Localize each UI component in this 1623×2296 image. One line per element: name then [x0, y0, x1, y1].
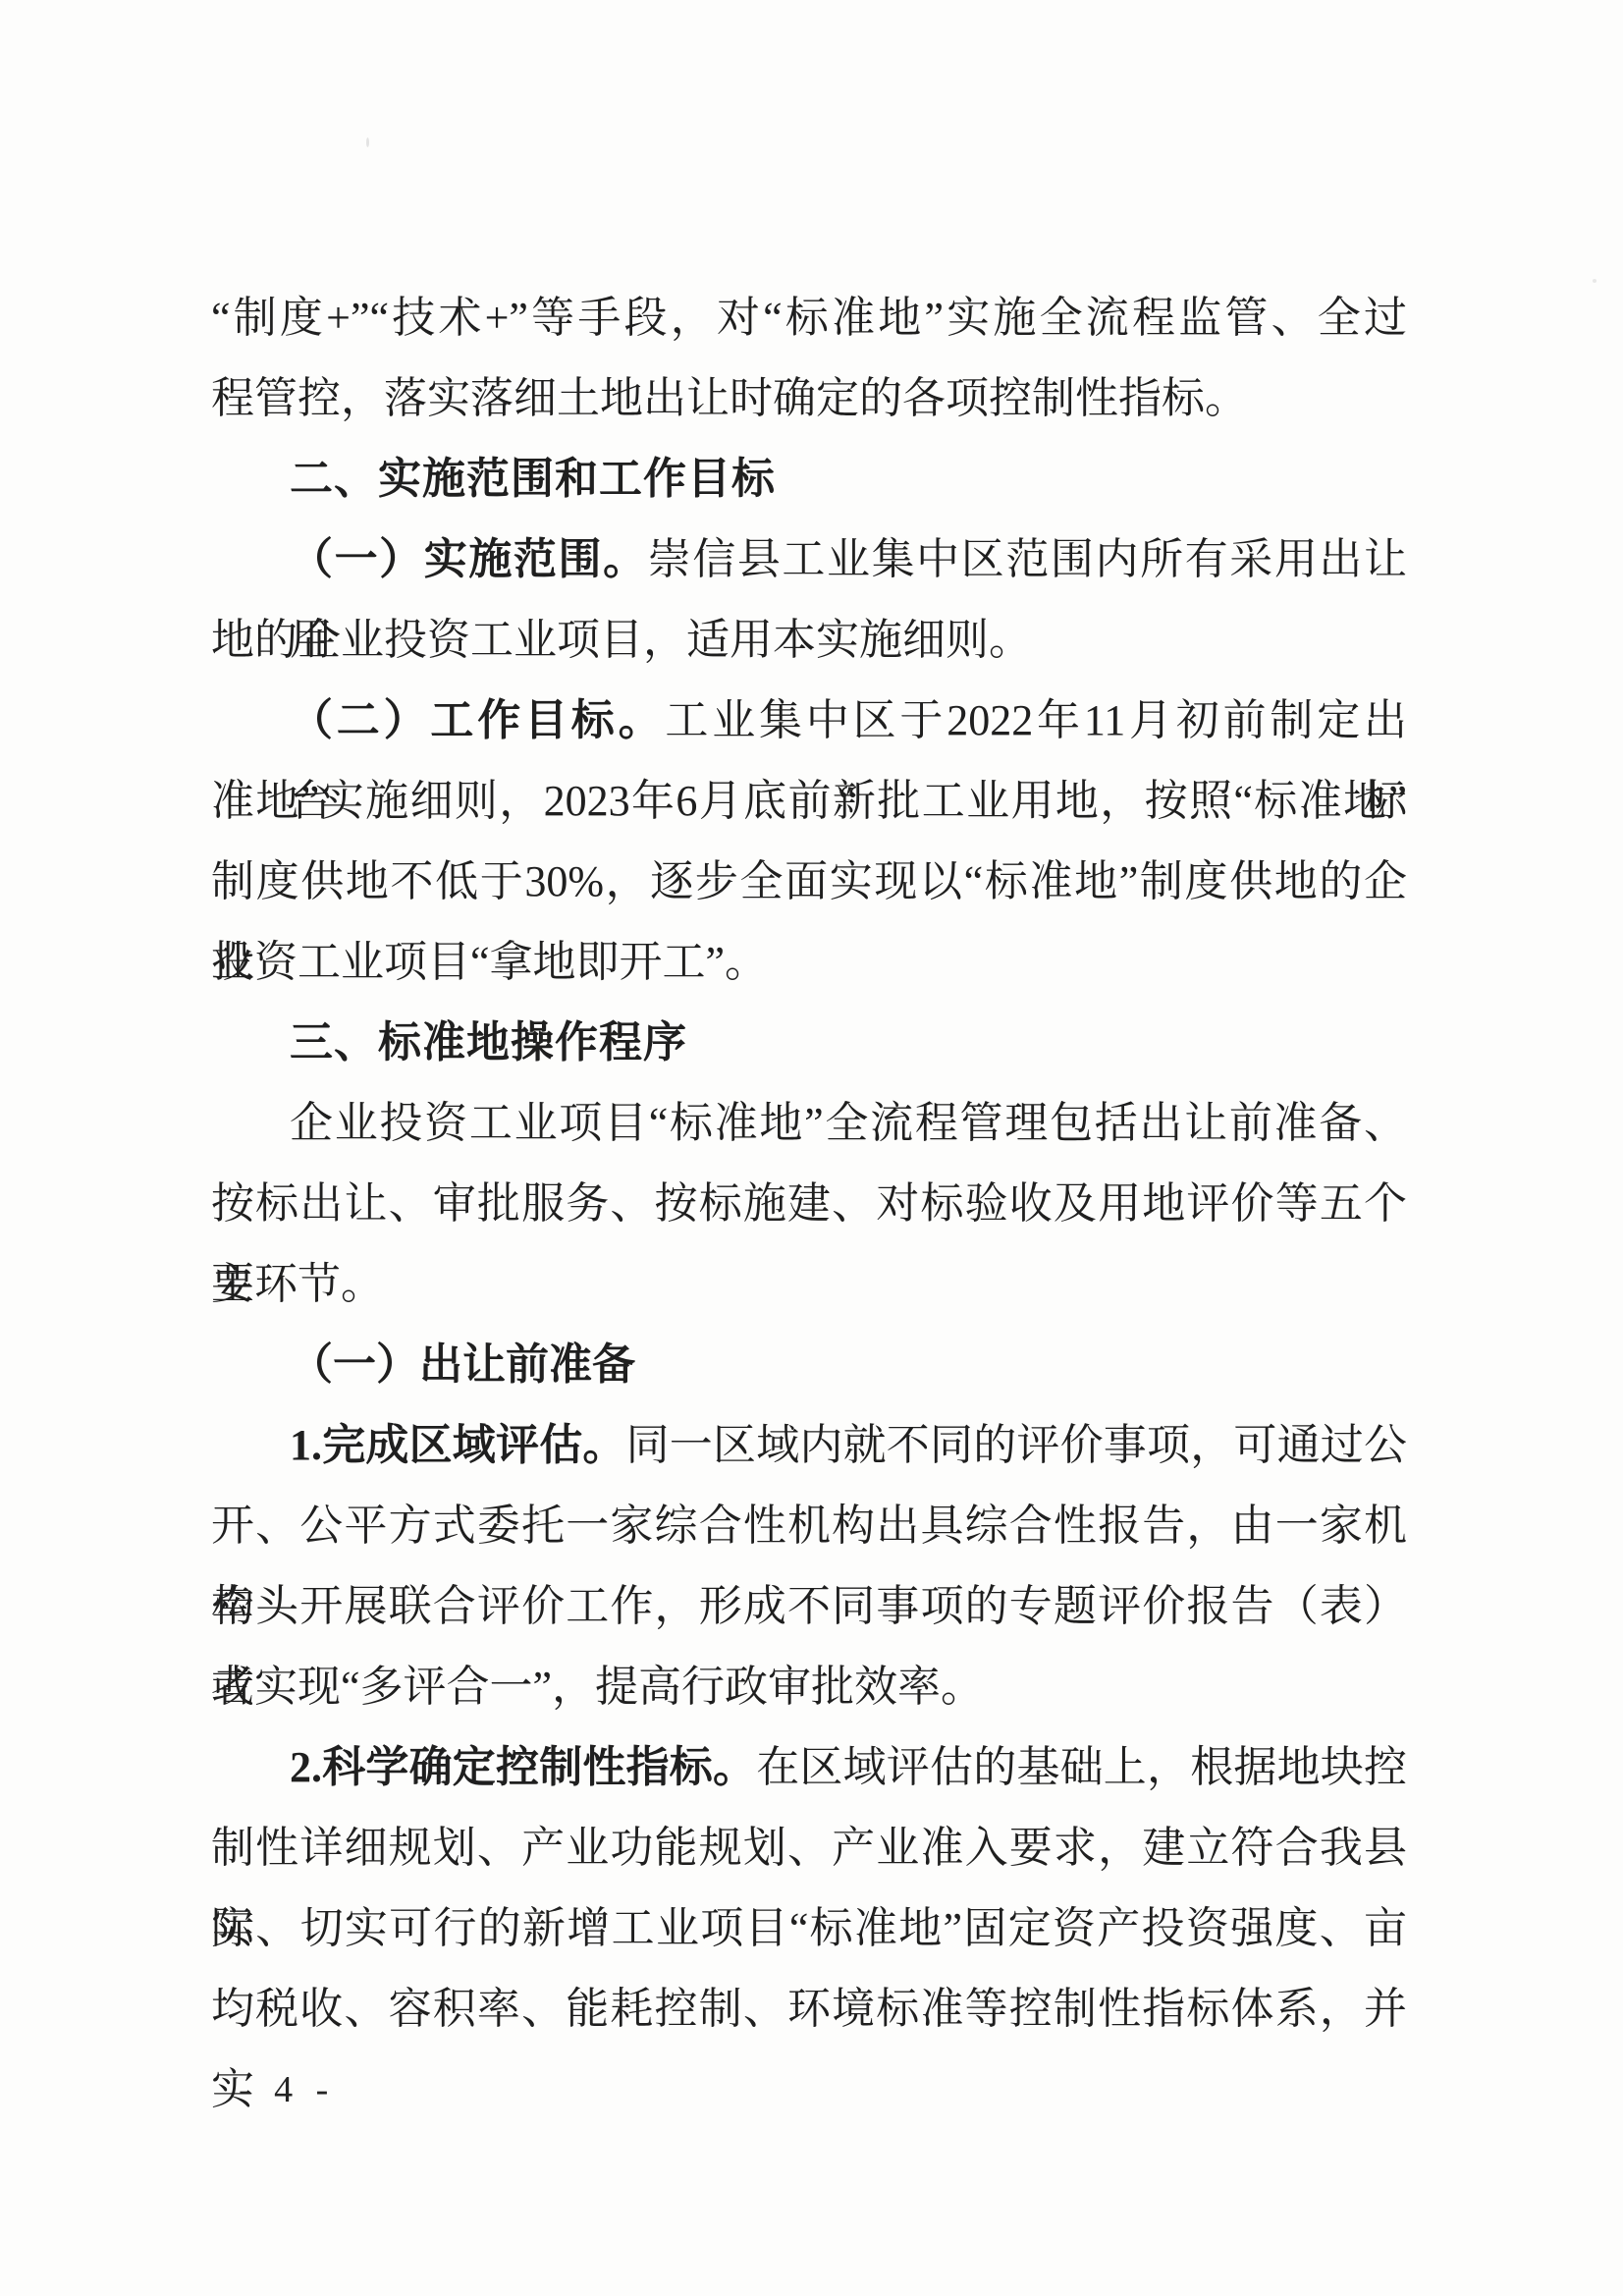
body-text: 均税收、容积率、能耗控制、环境标准等控制性指标体系，并实	[211, 1985, 1407, 2113]
text-line: （一）出让前准备	[211, 1325, 1407, 1405]
body-text: 同一区域内就不同的评价事项，可通过公	[626, 1421, 1407, 1469]
bold-lead-text: （二）工作目标。	[290, 696, 665, 744]
text-line: 要环节。	[211, 1244, 1407, 1325]
text-line: 制度供地不低于30%，逐步全面实现以“标准地”制度供地的企业	[211, 842, 1407, 922]
body-text: 企业投资工业项目“标准地”全流程管理包括出让前准备、	[290, 1099, 1407, 1147]
body-text: 投资工业项目“拿地即开工”。	[211, 938, 768, 986]
page-number: - 4 -	[239, 2063, 335, 2116]
bold-lead-text: 二、实施范围和工作目标	[290, 455, 776, 503]
text-line: 际、切实可行的新增工业项目“标准地”固定资产投资强度、亩	[211, 1888, 1407, 1969]
body-text: 在区域评估的基础上，根据地块控	[756, 1743, 1407, 1791]
body-text: 准地”实施细则，2023年6月底前新批工业用地，按照“标准地”	[211, 777, 1407, 825]
body-text: “制度+”“技术+”等手段，对“标准地”实施全流程监管、全过	[211, 294, 1407, 342]
text-line: “制度+”“技术+”等手段，对“标准地”实施全流程监管、全过	[211, 278, 1407, 358]
text-line: 企业投资工业项目“标准地”全流程管理包括出让前准备、	[211, 1083, 1407, 1164]
bold-lead-text: 三、标准地操作程序	[290, 1018, 687, 1066]
text-line: 地的企业投资工业项目，适用本实施细则。	[211, 600, 1407, 681]
bold-lead-text: （一）实施范围。	[290, 535, 648, 583]
body-text: 要环节。	[211, 1260, 384, 1308]
text-line: 2.科学确定控制性指标。在区域评估的基础上，根据地块控	[211, 1727, 1407, 1808]
body-text: 际、切实可行的新增工业项目“标准地”固定资产投资强度、亩	[211, 1904, 1407, 1952]
body-text: 者实现“多评合一”，提高行政审批效率。	[211, 1663, 984, 1711]
text-line: 按标出让、审批服务、按标施建、对标验收及用地评价等五个主	[211, 1164, 1407, 1244]
section-heading: 三、标准地操作程序	[211, 1003, 1407, 1083]
text-line: （一）实施范围。崇信县工业集中区范围内所有采用出让用	[211, 519, 1407, 600]
text-line: 牵头开展联合评价工作，形成不同事项的专题评价报告（表）或	[211, 1566, 1407, 1647]
text-line: 1.完成区域评估。同一区域内就不同的评价事项，可通过公	[211, 1405, 1407, 1486]
text-line: 投资工业项目“拿地即开工”。	[211, 922, 1407, 1003]
bold-lead-text: （一）出让前准备	[290, 1340, 635, 1389]
text-line: 者实现“多评合一”，提高行政审批效率。	[211, 1647, 1407, 1727]
text-line: 均税收、容积率、能耗控制、环境标准等控制性指标体系，并实	[211, 1969, 1407, 2050]
body-text: 程管控，落实落细土地出让时确定的各项控制性指标。	[211, 374, 1248, 422]
scan-speck	[366, 137, 369, 147]
body-text: 地的企业投资工业项目，适用本实施细则。	[211, 616, 1032, 664]
text-line: 准地”实施细则，2023年6月底前新批工业用地，按照“标准地”	[211, 761, 1407, 842]
bold-lead-text: 2.科学确定控制性指标。	[290, 1743, 756, 1791]
section-heading: 二、实施范围和工作目标	[211, 439, 1407, 519]
text-line: 开、公平方式委托一家综合性机构出具综合性报告，由一家机构	[211, 1486, 1407, 1566]
text-line: （二）工作目标。工业集中区于2022年11月初前制定出台“标	[211, 681, 1407, 761]
scan-speck	[1593, 279, 1596, 283]
document-page: “制度+”“技术+”等手段，对“标准地”实施全流程监管、全过程管控，落实落细土地…	[0, 0, 1623, 2296]
document-body: “制度+”“技术+”等手段，对“标准地”实施全流程监管、全过程管控，落实落细土地…	[211, 278, 1407, 2050]
text-line: 制性详细规划、产业功能规划、产业准入要求，建立符合我县实	[211, 1808, 1407, 1888]
text-line: 程管控，落实落细土地出让时确定的各项控制性指标。	[211, 358, 1407, 439]
bold-lead-text: 1.完成区域评估。	[290, 1421, 626, 1469]
